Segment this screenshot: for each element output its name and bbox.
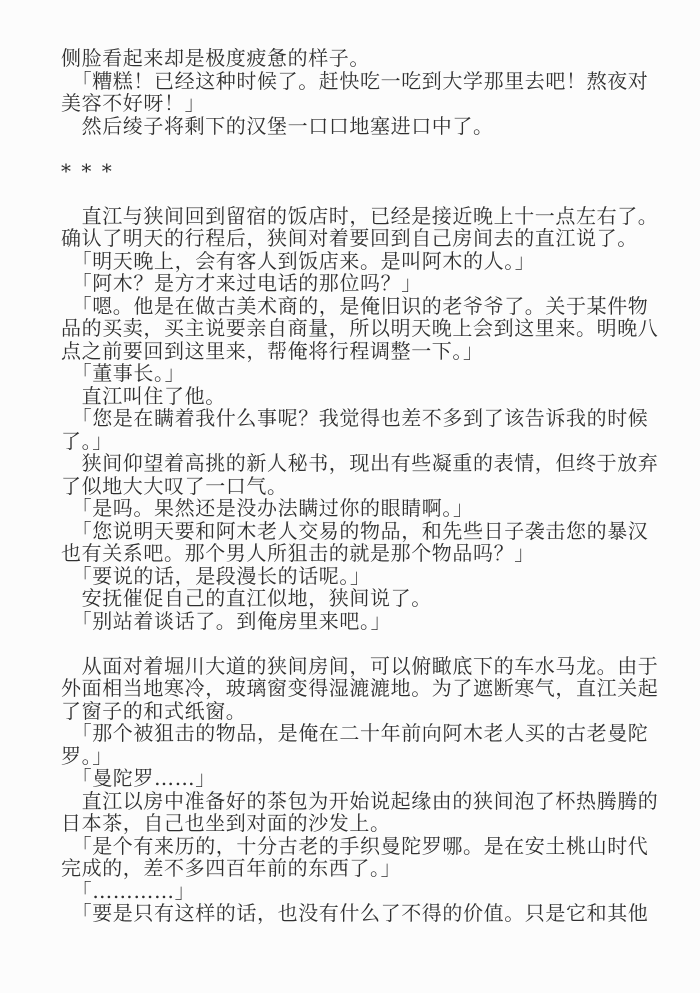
text-line: 侧脸看起来却是极度疲惫的样子。 — [61, 47, 680, 70]
text-line: 「别站着谈话了。到俺房里来吧。」 — [61, 610, 680, 633]
text-line: 「要是只有这样的话，也没有什么了不得的价值。只是它和其他 — [61, 902, 680, 925]
text-line: 了似地大大叹了一口气。 — [61, 475, 680, 498]
text-line: 日本茶，自己也坐到对面的沙发上。 — [61, 812, 680, 835]
text-line: 也有关系吧。那个男人所狙击的就是那个物品吗？」 — [61, 542, 680, 565]
text-line: 罗。」 — [61, 745, 680, 768]
text-line: 了窗子的和式纸窗。 — [61, 700, 680, 723]
blank-line — [61, 137, 680, 160]
text-line: 品的买卖，买主说要亲自商量，所以明天晚上会到这里来。明晚八 — [61, 317, 680, 340]
text-line: 「是吗。果然还是没办法瞒过你的眼睛啊。」 — [61, 497, 680, 520]
text-line: 外面相当地寒冷，玻璃窗变得湿漉漉地。为了遮断寒气，直江关起 — [61, 677, 680, 700]
text-line: 「曼陀罗……」 — [61, 767, 680, 790]
text-line: 安抚催促自己的直江似地，狭间说了。 — [61, 587, 680, 610]
text-line: 「您是在瞒着我什么事呢？我觉得也差不多到了该告诉我的时候 — [61, 407, 680, 430]
blank-line — [61, 182, 680, 205]
text-line: 「…………」 — [61, 880, 680, 903]
text-line: 直江与狭间回到留宿的饭店时，已经是接近晚上十一点左右了。 — [61, 205, 680, 228]
text-line: 「那个被狙击的物品，是俺在二十年前向阿木老人买的古老曼陀 — [61, 722, 680, 745]
text-line: 直江叫住了他。 — [61, 385, 680, 408]
text-line: 狭间仰望着高挑的新人秘书，现出有些凝重的表情，但终于放弃 — [61, 452, 680, 475]
text-line: 然后绫子将剩下的汉堡一口口地塞进口中了。 — [61, 115, 680, 138]
blank-line — [61, 632, 680, 655]
text-line: 「嗯。他是在做古美术商的，是俺旧识的老爷爷了。关于某件物 — [61, 295, 680, 318]
text-line: 「糟糕！已经这种时候了。赶快吃一吃到大学那里去吧！熬夜对 — [61, 70, 680, 93]
text-line: 「阿木？是方才来过电话的那位吗？」 — [61, 272, 680, 295]
text-line: 了。」 — [61, 430, 680, 453]
text-line: 「董事长。」 — [61, 362, 680, 385]
text-line: 「要说的话，是段漫长的话呢。」 — [61, 565, 680, 588]
book-page: 侧脸看起来却是极度疲惫的样子。 「糟糕！已经这种时候了。赶快吃一吃到大学那里去吧… — [0, 0, 700, 993]
text-line: 「您说明天要和阿木老人交易的物品，和先些日子袭击您的暴汉 — [61, 520, 680, 543]
text-line: 美容不好呀！」 — [61, 92, 680, 115]
text-line: 点之前要回到这里来，帮俺将行程调整一下。」 — [61, 340, 680, 363]
section-separator: * * * — [61, 160, 680, 183]
text-line: 完成的，差不多四百年前的东西了。」 — [61, 857, 680, 880]
text-line: 从面对着堀川大道的狭间房间，可以俯瞰底下的车水马龙。由于 — [61, 655, 680, 678]
text-line: 直江以房中准备好的茶包为开始说起缘由的狭间泡了杯热腾腾的 — [61, 790, 680, 813]
text-line: 「明天晚上，会有客人到饭店来。是叫阿木的人。」 — [61, 250, 680, 273]
text-line: 确认了明天的行程后，狭间对着要回到自己房间去的直江说了。 — [61, 227, 680, 250]
text-line: 「是个有来历的，十分古老的手织曼陀罗哪。是在安土桃山时代 — [61, 835, 680, 858]
